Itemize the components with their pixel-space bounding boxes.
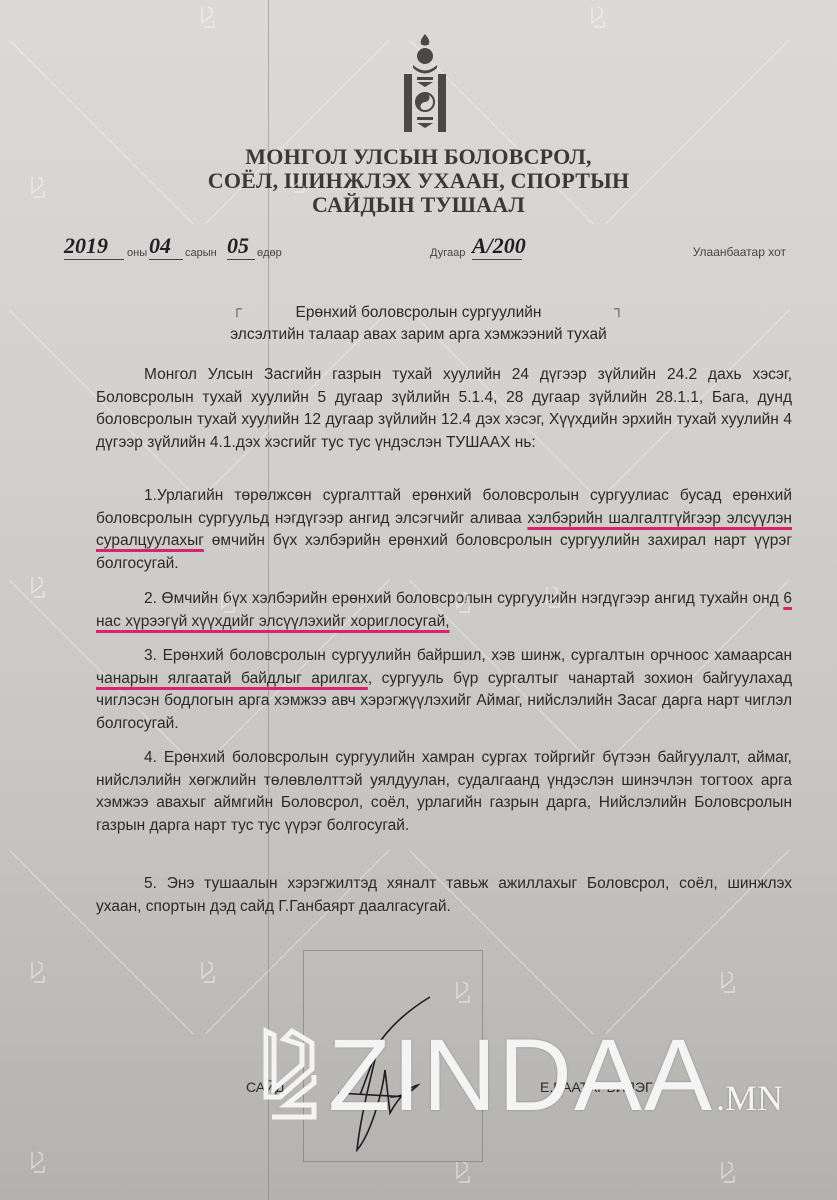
- watermark-logo-icon: [720, 1160, 736, 1184]
- watermark-logo-icon: [30, 575, 46, 599]
- watermark-logo-icon: [200, 960, 216, 984]
- title-line: САЙДЫН ТУШААЛ: [0, 193, 837, 217]
- subject-line: Ерөнхий боловсролын сургуулийн: [0, 302, 837, 324]
- soyombo-emblem-icon: [400, 32, 450, 137]
- watermark-logo-icon: [200, 5, 216, 29]
- watermark-logo-icon: [455, 980, 471, 1004]
- title-line: СОЁЛ, ШИНЖЛЭХ УХААН, СПОРТЫН: [0, 169, 837, 193]
- watermark-logo-icon: [720, 970, 736, 994]
- watermark-brand: ZINDAA: [328, 1025, 714, 1125]
- order-number: А/200: [472, 233, 522, 260]
- city: Улаанбаатар хот: [693, 245, 786, 259]
- date-day: 05: [227, 233, 255, 260]
- subject-line: элсэлтийн талаар авах зарим арга хэмжээн…: [0, 324, 837, 346]
- order-item-2: 2. Өмчийн бүх хэлбэрийн ерөнхий боловсро…: [96, 588, 792, 633]
- order-item-1: 1.Урлагийн төрөлжсөн сургалттай ерөнхий …: [96, 485, 792, 575]
- watermark-logo-icon: [290, 170, 306, 194]
- ministry-order-title: МОНГОЛ УЛСЫН БОЛОВСРОЛ, СОЁЛ, ШИНЖЛЭХ УХ…: [0, 145, 837, 217]
- number-label: Дугаар: [430, 247, 465, 259]
- date-year: 2019: [64, 233, 124, 260]
- order-item-3: 3. Ерөнхий боловсролын сургуулийн байрши…: [96, 645, 792, 735]
- month-label: сарын: [185, 247, 217, 259]
- title-line: МОНГОЛ УЛСЫН БОЛОВСРОЛ,: [0, 145, 837, 169]
- date-number-line: 2019 оны 04 сарын 05 өдөр Дугаар А/200 У…: [64, 234, 804, 264]
- date-month: 04: [149, 233, 183, 260]
- year-label: оны: [127, 247, 147, 259]
- watermark-logo-icon: [455, 590, 471, 614]
- highlighted-text: чанарын ялгаатай байдлыг арилгах: [96, 670, 368, 687]
- watermark-logo-icon: [30, 960, 46, 984]
- watermark-logo-icon: [455, 1160, 471, 1184]
- order-item-4: 4. Ерөнхий боловсролын сургуулийн хамран…: [96, 747, 792, 837]
- watermark-logo-icon: [590, 5, 606, 29]
- watermark-logo-icon: [30, 1150, 46, 1174]
- watermark-logo-icon: [30, 175, 46, 199]
- watermark-logo-icon: [545, 585, 561, 609]
- watermark-tld: .MN: [716, 1077, 783, 1119]
- order-preamble: Монгол Улсын Засгийн газрын тухай хуулий…: [96, 364, 792, 454]
- order-subject: Ерөнхий боловсролын сургуулийн элсэлтийн…: [0, 302, 837, 346]
- zindaa-watermark: ZINDAA .MN: [262, 995, 783, 1125]
- watermark-logo-icon: [220, 590, 236, 614]
- zindaa-logo-icon: [262, 1025, 322, 1121]
- order-item-5: 5. Энэ тушаалын хэрэгжилтэд хяналт тавьж…: [96, 873, 792, 918]
- day-label: өдөр: [257, 247, 282, 259]
